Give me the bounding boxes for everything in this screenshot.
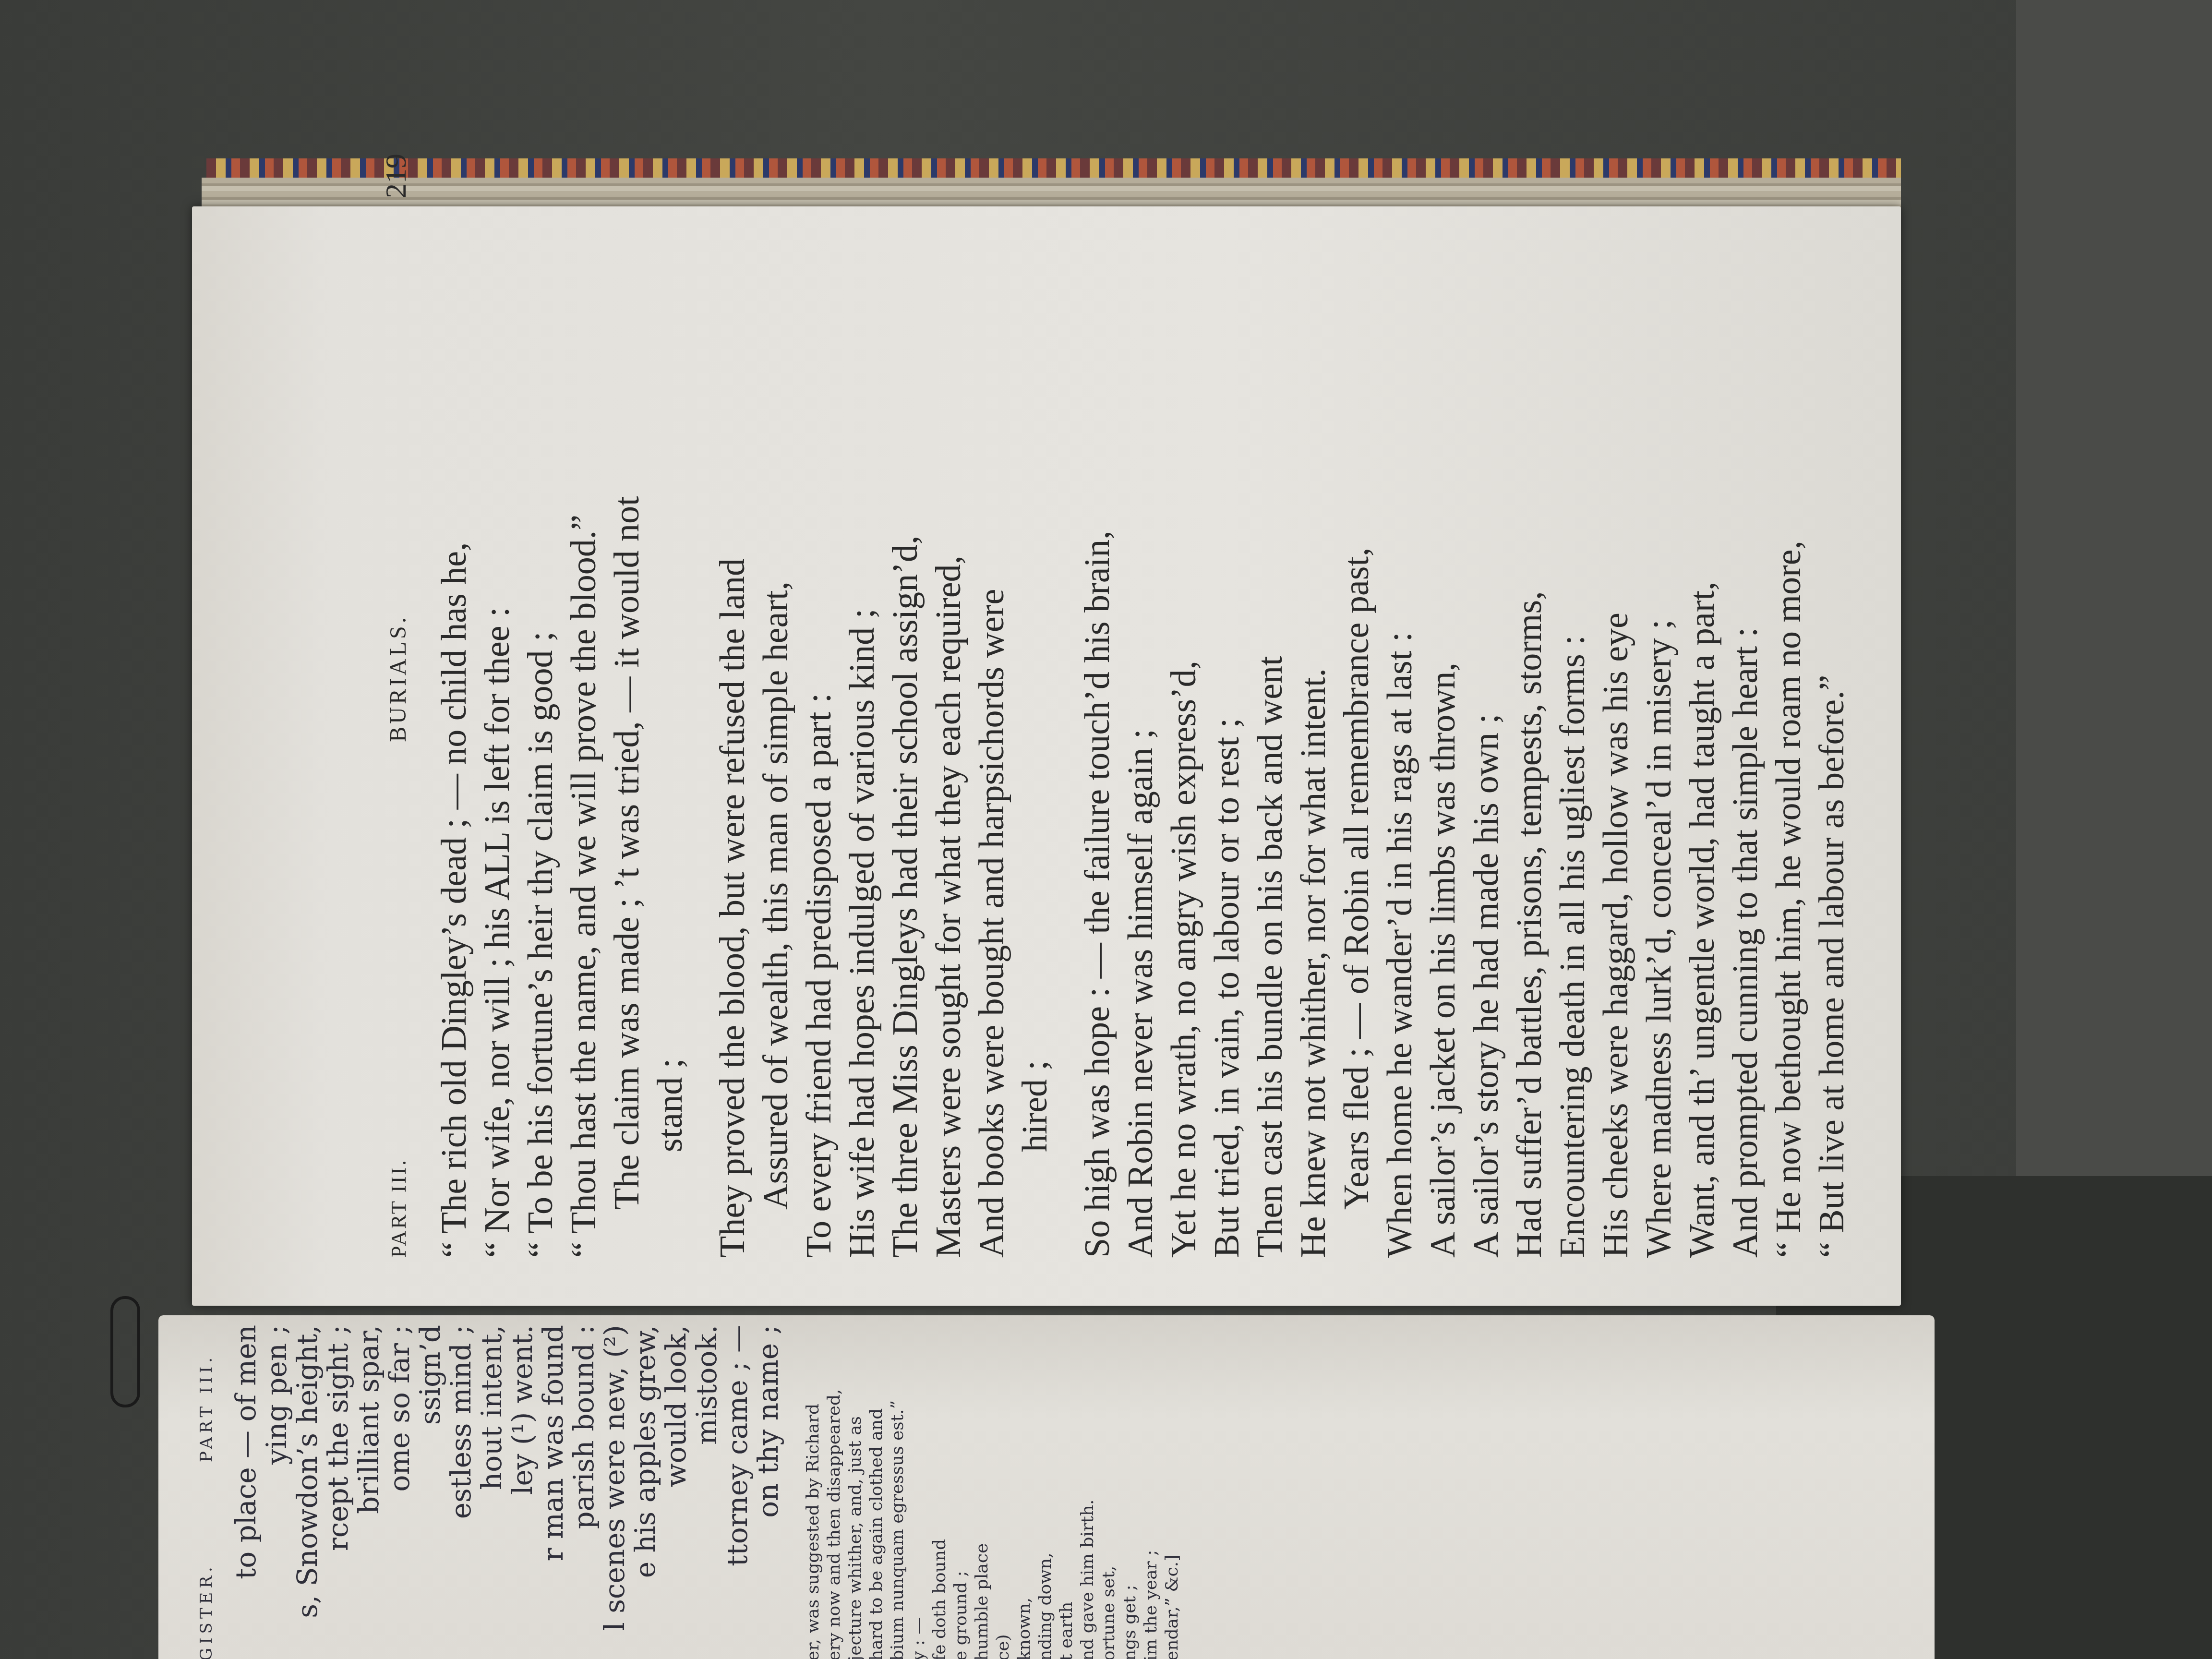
poem-line: When home he wander’d in his rags at las…: [1378, 154, 1421, 1258]
left-footnotes: er, was suggested by Richardery now and …: [803, 1325, 1183, 1659]
left-running-head-title: GISTER.: [197, 1563, 216, 1659]
poem-line: Masters were sought for what they each r…: [927, 154, 970, 1258]
poem-line: His cheeks were haggard, hollow was his …: [1594, 154, 1637, 1258]
poem-line: Years fled ; — of Robin all remembrance …: [1335, 154, 1378, 1258]
poem-line: stand ;: [649, 154, 692, 1258]
poem-line: “ But live at home and labour as before.…: [1810, 154, 1853, 1258]
poem-line: A sailor’s jacket on his limbs was throw…: [1421, 154, 1465, 1258]
poem-line: And prompted cunning to that simple hear…: [1724, 154, 1767, 1258]
poem-line: “ Thou hast the name, and we will prove …: [562, 154, 605, 1258]
footnote-line: er, was suggested by Richard: [803, 1325, 824, 1659]
poem-line: Had suffer’d battles, prisons, tempests,…: [1508, 154, 1551, 1258]
footnote-line: known,: [1014, 1325, 1035, 1659]
left-page-line: ley (¹) went.: [507, 1325, 538, 1659]
left-running-head: GISTER. PART III.: [197, 1354, 216, 1659]
poem-line: “ He now bethought him, he would roam no…: [1767, 154, 1810, 1258]
poem-line: “ Nor wife, nor will ; his ALL is left f…: [476, 154, 519, 1258]
footnote-line: ngs get ;: [1119, 1325, 1141, 1659]
poem-line: A sailor’s story he had made his own ;: [1465, 154, 1508, 1258]
left-page: GISTER. PART III. to place — of menying …: [158, 1315, 1935, 1659]
left-page-line: to place — of men: [230, 1325, 261, 1659]
footnote-line: hard to be again clothed and: [866, 1325, 887, 1659]
footnote-line: nd gave him birth.: [1077, 1325, 1098, 1659]
poem-line: The claim was made ; ’t was tried, — it …: [605, 154, 649, 1258]
poem-line: hired ;: [1013, 154, 1057, 1258]
poem-line: The three Miss Dingleys had their school…: [884, 154, 927, 1258]
footnote-line: y : —: [908, 1325, 929, 1659]
running-head: PART III. BURIALS. 219: [379, 154, 413, 1258]
poem-lines: “ The rich old Dingley’s dead ; — no chi…: [433, 154, 1853, 1258]
poem-line: Encountering death in all his ugliest fo…: [1551, 154, 1594, 1258]
footnote-line: nding down,: [1035, 1325, 1056, 1659]
footnote-line: e ground ;: [950, 1325, 972, 1659]
footnote-line: ortune set,: [1098, 1325, 1119, 1659]
left-page-line: l scenes were new, (²): [599, 1325, 630, 1659]
poem-line: So high was hope : — the failure touch’d…: [1076, 154, 1119, 1258]
left-page-text: GISTER. PART III. to place — of menying …: [197, 1325, 1183, 1659]
left-page-line: ssign’d: [415, 1325, 445, 1659]
section-title: BURIALS.: [385, 614, 411, 742]
poem-line: “ To be his fortune’s heir thy claim is …: [519, 154, 562, 1258]
footnote-line: fe doth bound: [929, 1325, 950, 1659]
footnote-line: im the year ;: [1141, 1325, 1162, 1659]
footnote-line: ery now and then disappeared,: [824, 1325, 845, 1659]
left-page-line: mistook.: [691, 1325, 722, 1659]
left-page-line: brilliant spar,: [353, 1325, 384, 1659]
footnote-line: jecture whither, and, just as: [845, 1325, 866, 1659]
left-page-line: ying pen ;: [261, 1325, 292, 1659]
footnote-line: ce): [993, 1325, 1014, 1659]
page-number: 219: [379, 154, 413, 198]
right-page-text: PART III. BURIALS. 219 “ The rich old Di…: [379, 154, 1853, 1258]
poem-line: His wife had hopes indulged of various k…: [841, 154, 884, 1258]
left-page-line: estless mind ;: [445, 1325, 476, 1659]
poem-line: “ The rich old Dingley’s dead ; — no chi…: [433, 154, 476, 1258]
poem-line: And Robin never was himself again ;: [1119, 154, 1162, 1258]
footnote-line: endar,” &c.]: [1162, 1325, 1183, 1659]
stanza-gap: [1057, 154, 1076, 1258]
left-page-line: e his apples grew,: [630, 1325, 661, 1659]
left-page-line: s, Snowdon’s height,: [292, 1325, 323, 1659]
left-running-head-part: PART III.: [197, 1354, 216, 1462]
left-page-line: rcept the sight ;: [323, 1325, 353, 1659]
footnote-line: t earth: [1056, 1325, 1077, 1659]
running-head-part: PART III.: [386, 1158, 411, 1258]
poem-line: But tried, in vain, to labour or to rest…: [1205, 154, 1249, 1258]
poem-line: Assured of wealth, this man of simple he…: [754, 154, 797, 1258]
poem-line: Want, and th’ ungentle world, had taught…: [1681, 154, 1724, 1258]
footnote-line: humble place: [972, 1325, 993, 1659]
left-page-line: parish bound :: [568, 1325, 599, 1659]
poem-line: To every friend had predisposed a part :: [797, 154, 841, 1258]
left-page-line: r man was found: [538, 1325, 568, 1659]
left-page-line: on thy name ;: [753, 1325, 783, 1659]
left-page-line: would look,: [661, 1325, 691, 1659]
poem-line: Then cast his bundle on his back and wen…: [1249, 154, 1292, 1258]
left-page-line: ome so far ;: [384, 1325, 415, 1659]
poem-line: They proved the blood, but were refused …: [711, 154, 754, 1258]
poem-line: Where madness lurk’d, conceal’d in miser…: [1637, 154, 1681, 1258]
stanza-gap: [692, 154, 711, 1258]
footnote-line: bium nunquam egressus est.”: [887, 1325, 908, 1659]
left-page-line: hout intent,: [476, 1325, 507, 1659]
poem-line: He knew not whither, nor for what intent…: [1292, 154, 1335, 1258]
poem-line: Yet he no wrath, no angry wish express’d…: [1162, 154, 1205, 1258]
bookmark-ribbon: [110, 1296, 140, 1407]
poem-line: And books were bought and harpsichords w…: [970, 154, 1013, 1258]
left-page-line: ttorney came ; —: [722, 1325, 753, 1659]
